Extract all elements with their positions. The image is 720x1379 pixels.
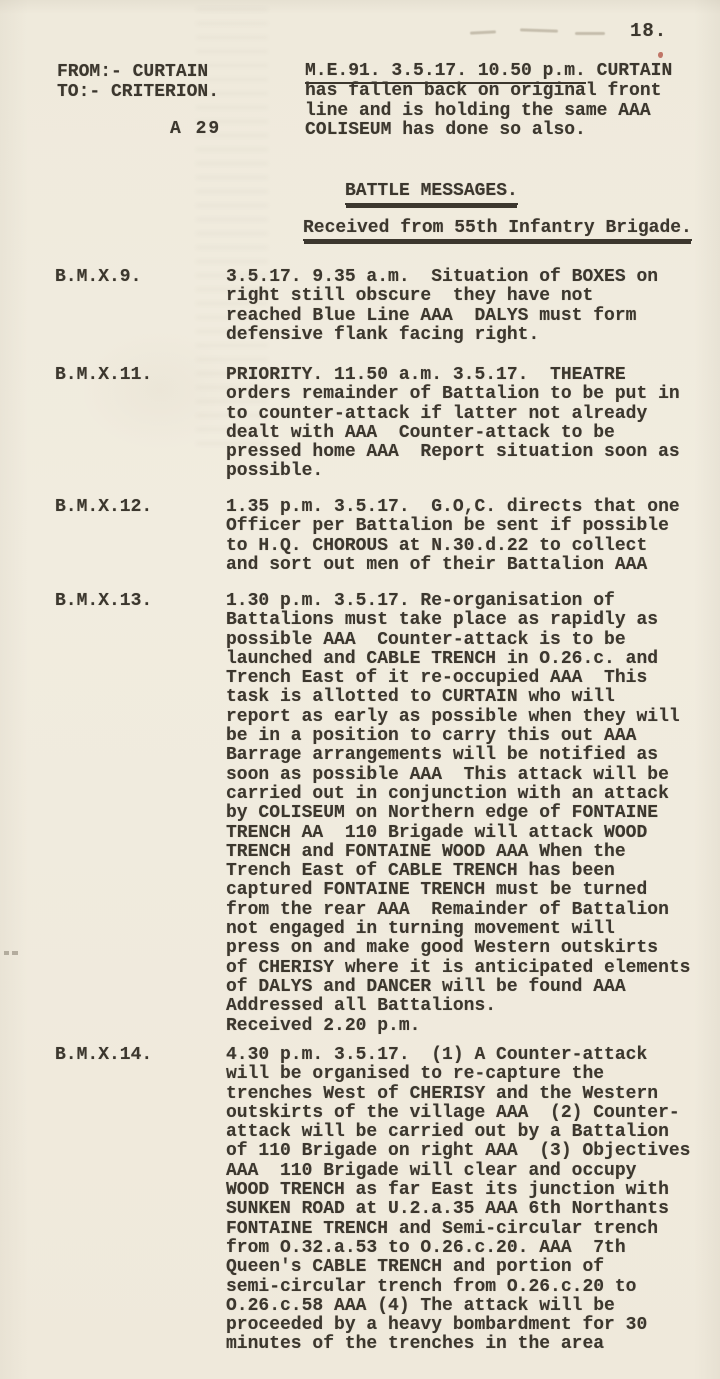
header-message: M.E.91. 3.5.17. 10.50 p.m. CURTAIN has f… [305, 62, 700, 141]
pencil-mark [575, 32, 605, 35]
section-title: BATTLE MESSAGES. [345, 182, 518, 201]
message-body: 4.30 p.m. 3.5.17. (1) A Counter-attack w… [226, 1046, 720, 1355]
from-line: FROM:- CURTAIN [57, 62, 219, 82]
message-body: 1.30 p.m. 3.5.17. Re-organisation of Bat… [226, 592, 720, 1036]
message-body: 1.35 p.m. 3.5.17. G.O,C. directs that on… [226, 498, 720, 575]
section-subtitle-text: Received from 55th Infantry Brigade. [303, 218, 692, 241]
message-reference-rest: CURTAIN [586, 61, 672, 81]
message-id: B.M.X.13. [55, 592, 152, 611]
reference-code: A 29 [170, 120, 221, 139]
message-body: 3.5.17. 9.35 a.m. Situation of BOXES on … [226, 268, 720, 345]
header-message-first-line: M.E.91. 3.5.17. 10.50 p.m. CURTAIN [305, 62, 700, 82]
page-number: 18. [630, 22, 667, 41]
section-subtitle: Received from 55th Infantry Brigade. [303, 219, 692, 238]
to-line: TO:- CRITERION. [57, 82, 219, 102]
header-message-body: has fallen back on original front line a… [305, 82, 700, 141]
message-id: B.M.X.9. [55, 268, 141, 287]
pencil-mark [470, 30, 496, 34]
pencil-mark [520, 28, 558, 32]
header-addressing: FROM:- CURTAIN TO:- CRITERION. [57, 62, 219, 102]
message-body: PRIORITY. 11.50 a.m. 3.5.17. THEATRE ord… [226, 366, 720, 482]
margin-pencil-mark [4, 951, 18, 955]
message-id: B.M.X.11. [55, 366, 152, 385]
document-page: 18. FROM:- CURTAIN TO:- CRITERION. M.E.9… [0, 0, 720, 1379]
red-ink-speck [658, 52, 663, 58]
message-id: B.M.X.12. [55, 498, 152, 517]
message-id: B.M.X.14. [55, 1046, 152, 1065]
section-title-text: BATTLE MESSAGES. [345, 181, 518, 205]
paper-stain [80, 330, 240, 450]
